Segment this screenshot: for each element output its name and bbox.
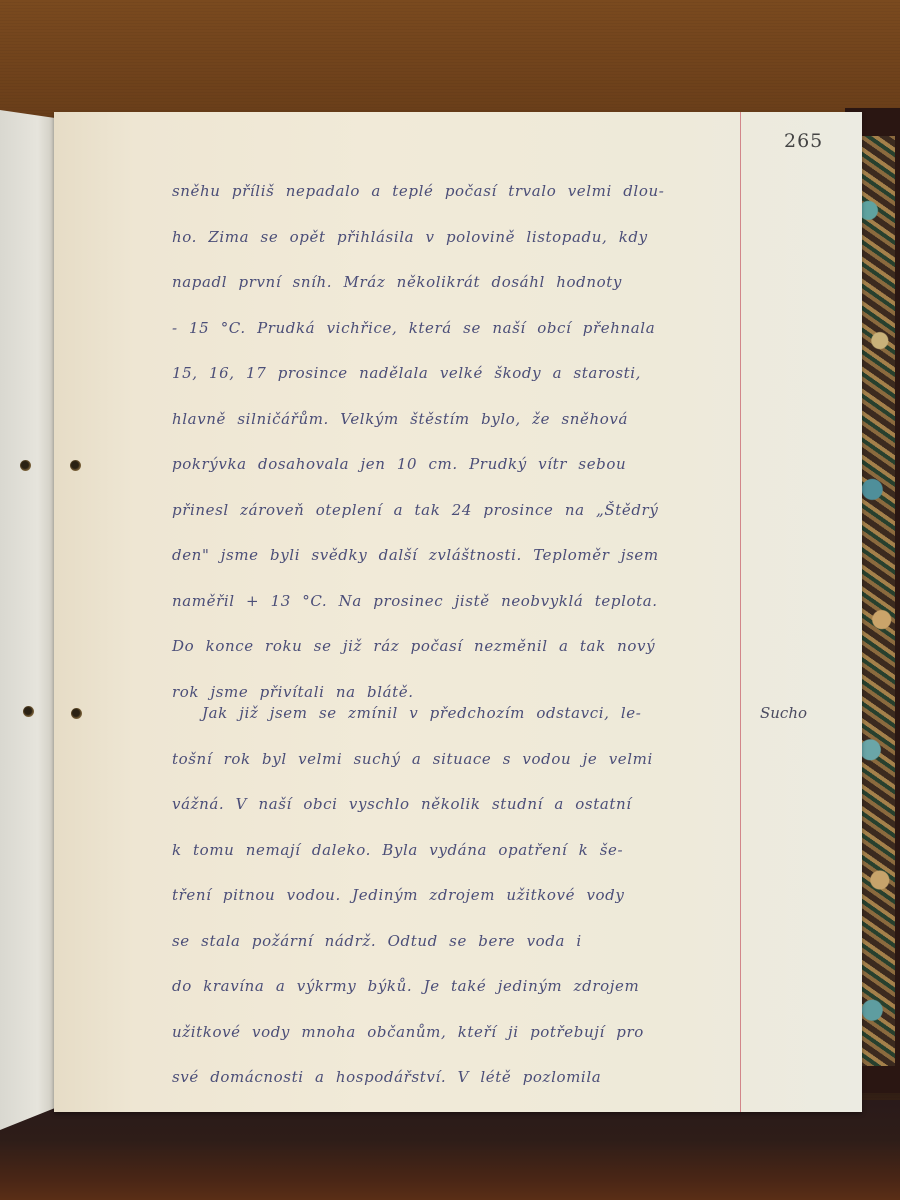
text-line: napadl první sníh. Mráz několikrát dosáh… [172, 260, 732, 306]
text-line: sněhu příliš nepadalo a teplé počasí trv… [172, 169, 732, 215]
text-line: naměřil + 13 °C. Na prosinec jistě neobv… [172, 579, 732, 625]
text-line: tošní rok byl velmi suchý a situace s vo… [172, 737, 732, 783]
chronicle-page: 265 Sucho sněhu příliš nepadalo a teplé … [54, 112, 862, 1112]
binding-hole-icon [71, 708, 82, 719]
table-surface [0, 1100, 900, 1200]
binding-hole-icon [23, 706, 34, 717]
text-line: tření pitnou vodou. Jediným zdrojem užit… [172, 873, 732, 919]
text-line: Jak již jsem se zmínil v předchozím odst… [172, 691, 732, 737]
text-line: užitkové vody mnoha občanům, kteří ji po… [172, 1010, 732, 1056]
binding-hole-icon [70, 460, 81, 471]
paragraph-weather: sněhu příliš nepadalo a teplé počasí trv… [172, 169, 732, 715]
page-number: 265 [784, 130, 844, 152]
text-line: 15, 16, 17 prosince nadělala velké škody… [172, 351, 732, 397]
text-line: den" jsme byli svědky další zvláštnosti.… [172, 533, 732, 579]
text-line: hlavně silničářům. Velkým štěstím bylo, … [172, 397, 732, 443]
text-line: vážná. V naší obci vyschlo několik studn… [172, 782, 732, 828]
text-line: - 15 °C. Prudká vichřice, která se naší … [172, 306, 732, 352]
text-line: přinesl zároveň oteplení a tak 24 prosin… [172, 488, 732, 534]
binding-hole-icon [20, 460, 31, 471]
text-line: do kravína a výkrmy býků. Je také jediný… [172, 964, 732, 1010]
text-line: Do konce roku se již ráz počasí nezměnil… [172, 624, 732, 670]
text-line: se stala požární nádrž. Odtud se bere vo… [172, 919, 732, 965]
paragraph-drought: Jak již jsem se zmínil v předchozím odst… [172, 691, 732, 1101]
text-line: k tomu nemají daleko. Byla vydána opatře… [172, 828, 732, 874]
text-line: pokrývka dosahovala jen 10 cm. Prudký ví… [172, 442, 732, 488]
marginal-note: Sucho [760, 704, 807, 722]
previous-page-edge [0, 108, 55, 1130]
text-line: své domácnosti a hospodářství. V létě po… [172, 1055, 732, 1101]
text-line: ho. Zima se opět přihlásila v polovině l… [172, 215, 732, 261]
red-margin-line [740, 112, 741, 1112]
